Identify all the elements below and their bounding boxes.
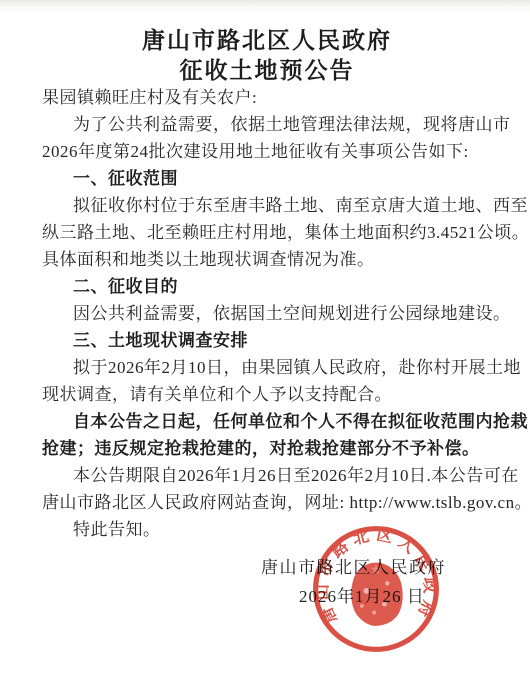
warning-line: 自本公告之日起，任何单位和个人不得在拟征收范围内抢栽 — [42, 408, 492, 435]
body-line: 纵三路土地、北至赖旺庄村用地，集体土地面积约3.4521公顷。 — [42, 219, 492, 246]
document-page: 唐山市路北区人民政府 征收土地预公告 果园镇赖旺庄村及有关农户: 为了公共利益需… — [0, 0, 530, 673]
emblem-highlight — [364, 588, 370, 594]
section-heading-survey: 三、土地现状调查安排 — [42, 327, 492, 354]
document-content: 唐山市路北区人民政府 征收土地预公告 果园镇赖旺庄村及有关农户: 为了公共利益需… — [0, 0, 530, 543]
body-line: 本公告期限自2026年1月26日至2026年2月10日.本公告可在 — [42, 462, 492, 489]
body-line: 2026年度第24批次建设用地土地征收有关事项公告如下: — [42, 138, 492, 165]
body-line: 具体面积和地类以土地现状调查情况为准。 — [42, 246, 492, 273]
body-line: 拟于2026年2月10日，由果园镇人民政府，赴你村开展土地 — [42, 354, 492, 381]
body-line: 拟征收你村位于东至唐丰路土地、南至京唐大道土地、西至 — [42, 192, 492, 219]
body-line: 现状调查，请有关单位和个人予以支持配合。 — [42, 381, 492, 408]
body-line: 因公共利益需要，依据国土空间规划进行公园绿地建设。 — [42, 300, 492, 327]
document-title-line2: 征收土地预公告 — [42, 55, 492, 85]
body-line: 为了公共利益需要，依据土地管理法律法规，现将唐山市 — [42, 111, 492, 138]
body-line: 唐山市路北区人民政府网站查询，网址: http://www.tslb.gov.c… — [42, 489, 492, 516]
salutation: 果园镇赖旺庄村及有关农户: — [42, 85, 492, 111]
section-heading-scope: 一、征收范围 — [42, 165, 492, 192]
warning-line: 抢建；违反规定抢栽抢建的，对抢栽抢建部分不予补偿。 — [42, 435, 492, 462]
document-title-line1: 唐山市路北区人民政府 — [42, 0, 492, 55]
emblem-highlight — [360, 604, 364, 608]
national-emblem: ★ — [351, 562, 402, 626]
emblem-star-icon: ★ — [370, 562, 383, 578]
section-heading-purpose: 二、征收目的 — [42, 273, 492, 300]
emblem-highlight — [382, 602, 387, 607]
official-seal: 唐山市路北区人民政府 ★ — [310, 523, 442, 655]
emblem-highlight — [385, 581, 390, 586]
emblem-highlight — [372, 610, 376, 614]
